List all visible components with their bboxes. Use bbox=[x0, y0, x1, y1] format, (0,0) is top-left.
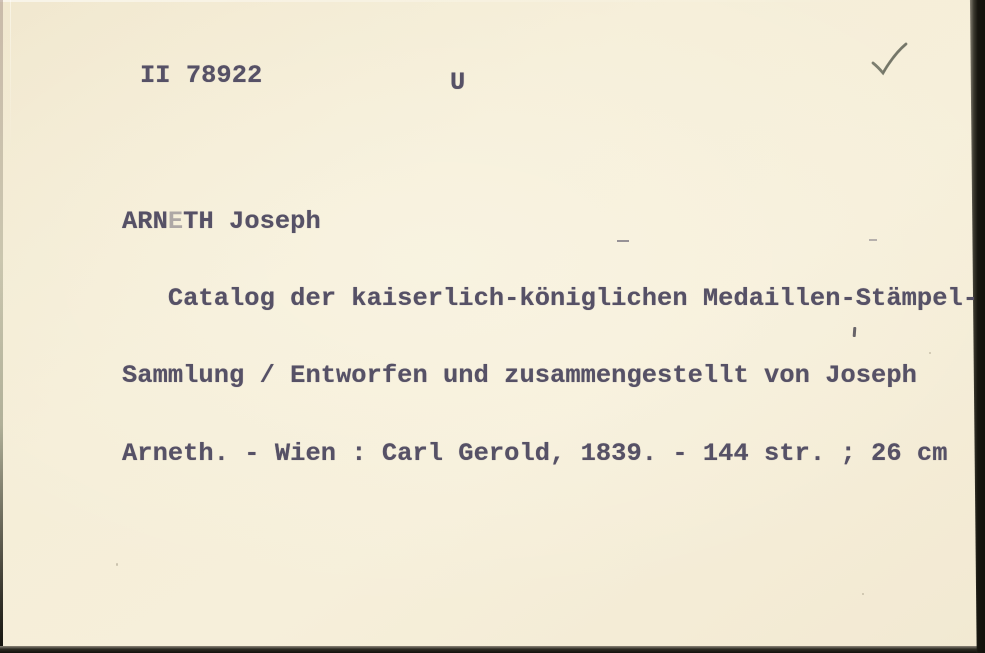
paper-speck bbox=[116, 563, 118, 566]
heading-part: TH Joseph bbox=[183, 207, 321, 236]
section-letter: U bbox=[450, 70, 465, 96]
overline-mark bbox=[869, 239, 877, 241]
checkmark-icon bbox=[864, 36, 916, 82]
call-number: II 78922 bbox=[140, 63, 262, 89]
entry-line: Sammlung / Entworfen und zusammengestell… bbox=[122, 363, 978, 389]
card-crease bbox=[10, 0, 11, 150]
paper-speck bbox=[862, 593, 864, 595]
scan-edge-bottom bbox=[0, 646, 985, 653]
heading-part-faded: E bbox=[168, 207, 183, 236]
catalog-card: II 78922 U ARNETH Joseph Catalog der kai… bbox=[0, 0, 985, 653]
entry-line: Catalog der kaiserlich-königlichen Medai… bbox=[122, 286, 978, 312]
entry-heading: ARNETH Joseph bbox=[122, 209, 978, 235]
overline-mark bbox=[617, 240, 629, 242]
scan-edge-top bbox=[0, 0, 985, 2]
entry-line: Arneth. - Wien : Carl Gerold, 1839. - 14… bbox=[122, 441, 978, 467]
catalog-entry: ARNETH Joseph Catalog der kaiserlich-kön… bbox=[122, 157, 978, 518]
heading-part: ARN bbox=[122, 207, 168, 236]
scan-edge-left bbox=[0, 0, 3, 653]
